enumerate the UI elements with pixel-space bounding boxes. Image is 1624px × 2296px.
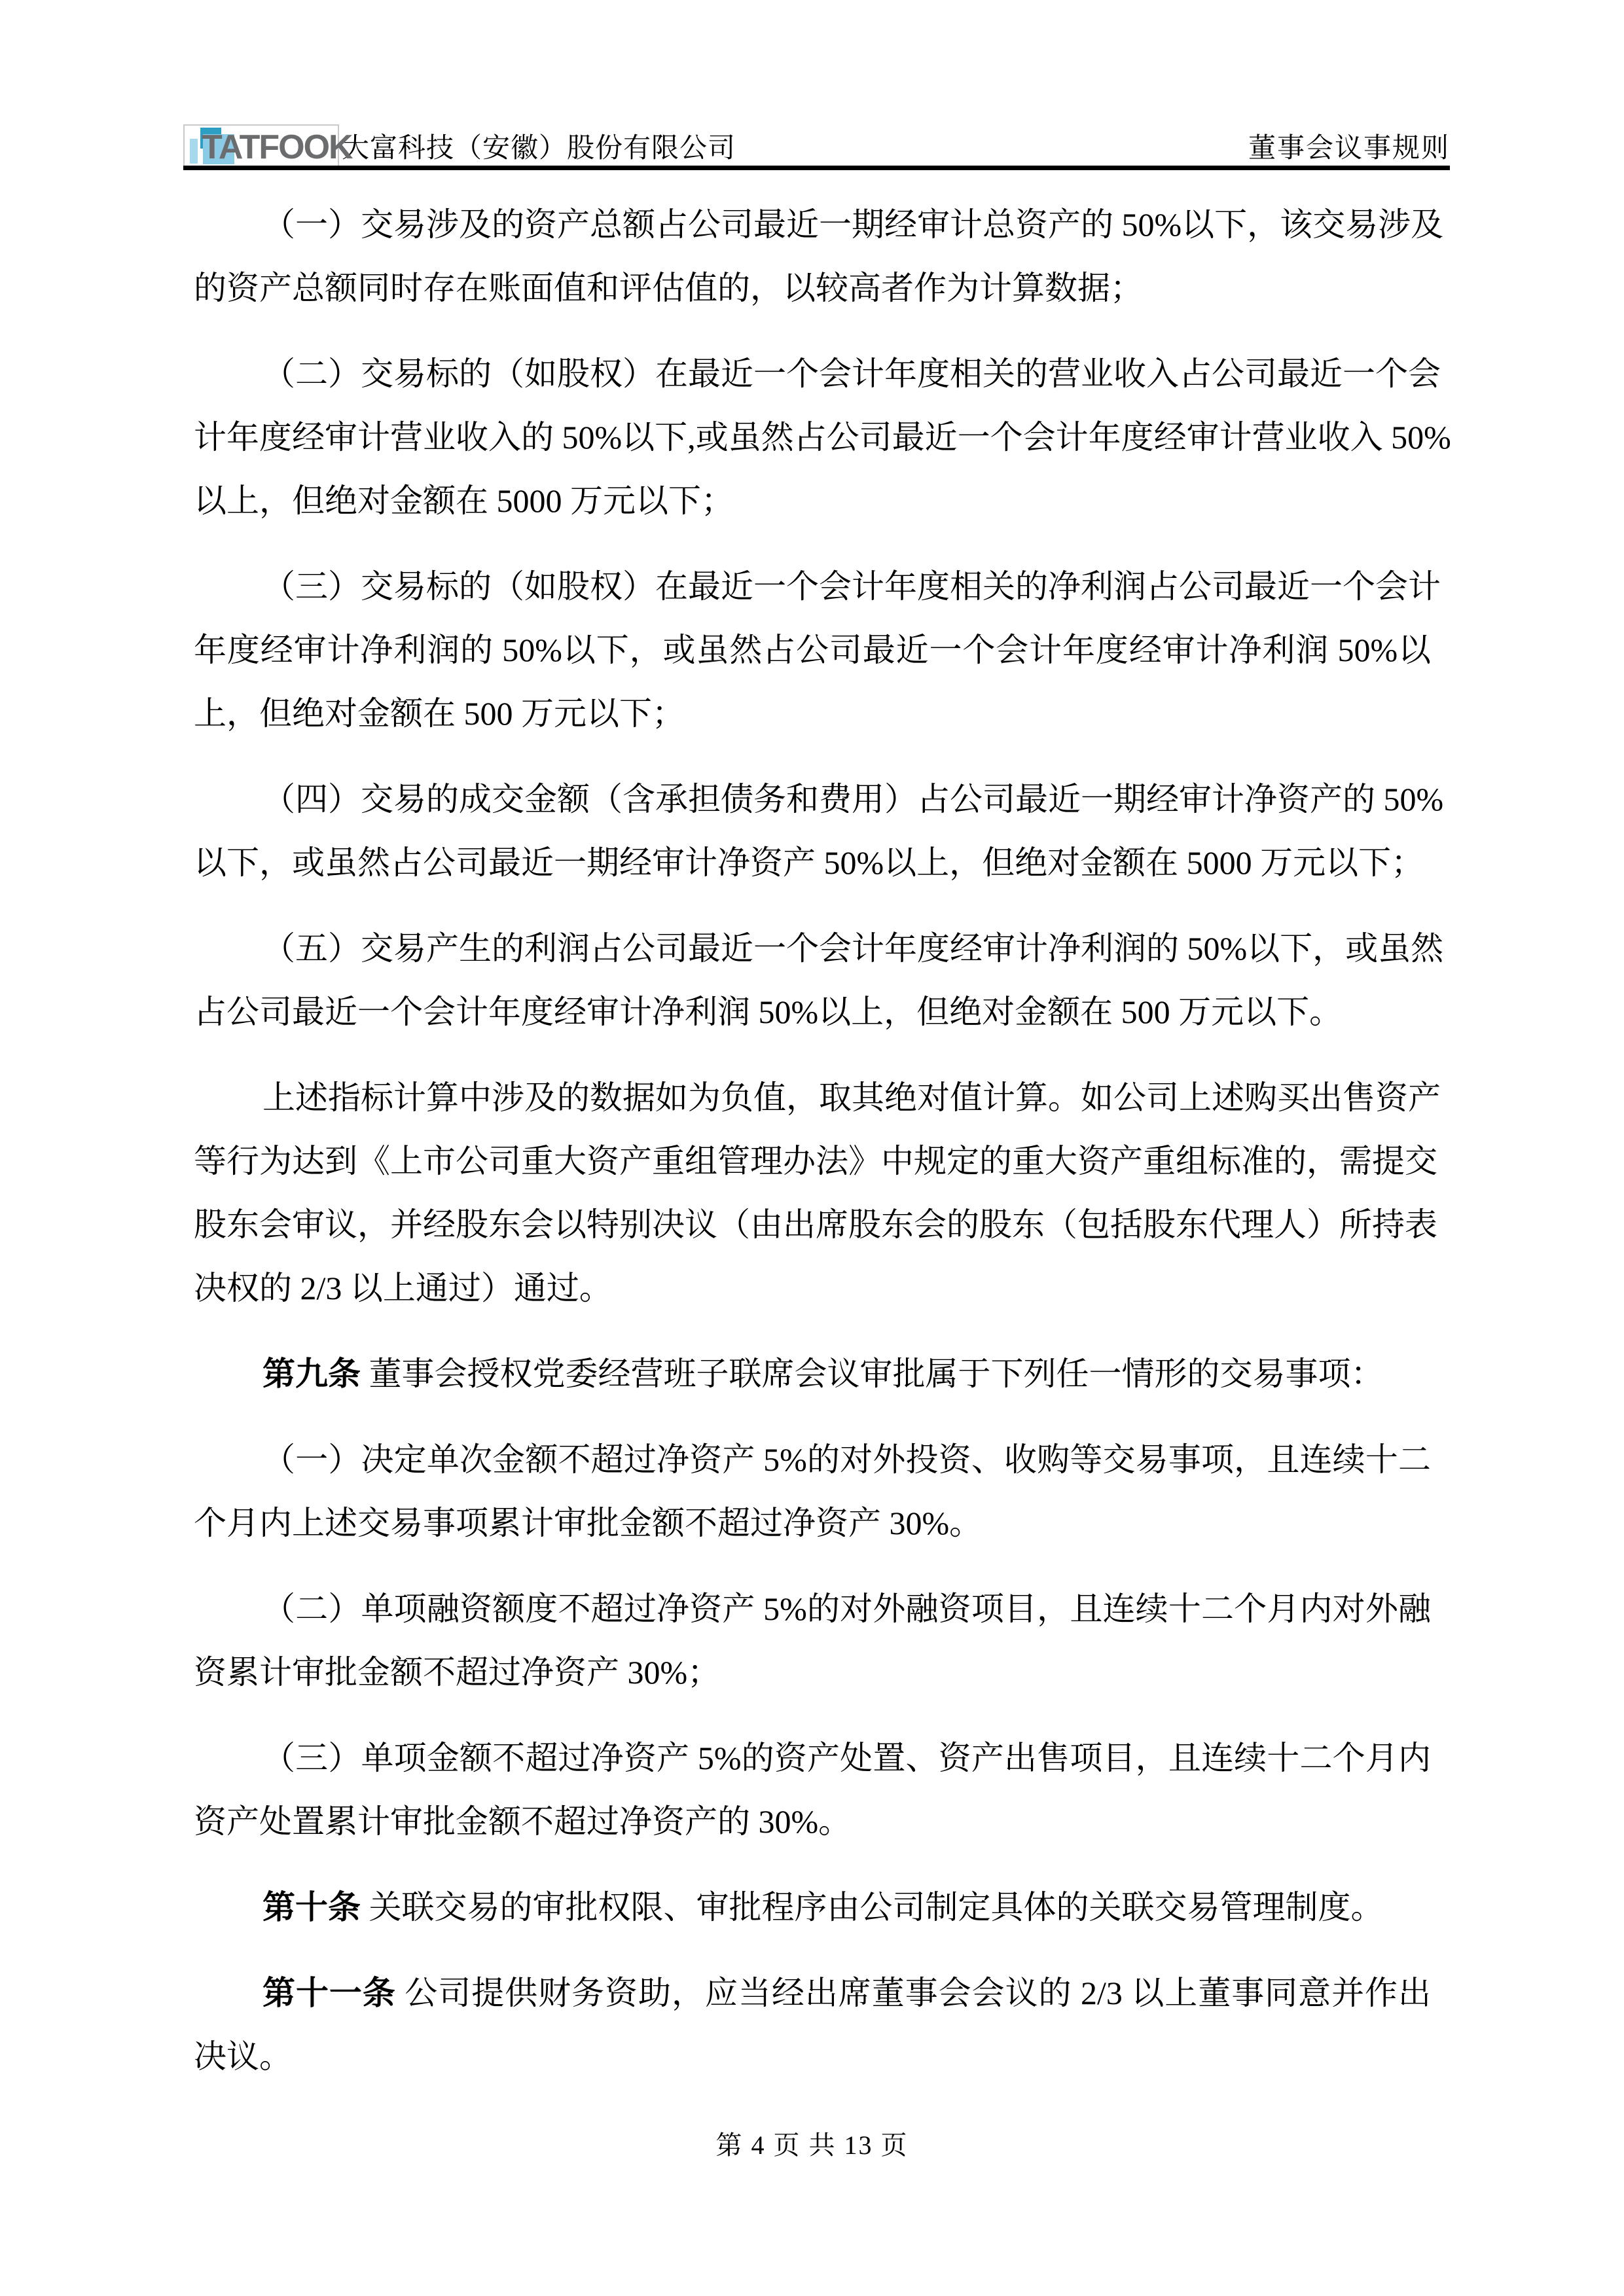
text-line: 个月内上述交易事项累计审批金额不超过净资产 30%。 xyxy=(194,1492,1431,1555)
text-line: 等行为达到《上市公司重大资产重组管理办法》中规定的重大资产重组标准的，需提交 xyxy=(194,1130,1431,1193)
text-line: （三）交易标的（如股权）在最近一个会计年度相关的净利润占公司最近一个会计 xyxy=(194,555,1431,619)
text-line: 计年度经审计营业收入的 50%以下,或虽然占公司最近一个会计年度经审计营业收入 … xyxy=(194,406,1431,469)
page-footer: 第 4 页 共 13 页 xyxy=(0,2121,1624,2170)
tatfook-logo: TATFOOK xyxy=(183,124,339,169)
text-line: （一）决定单次金额不超过净资产 5%的对外投资、收购等交易事项，且连续十二 xyxy=(194,1428,1431,1492)
page-header: TATFOOK 大富科技（安徽）股份有限公司 董事会议事规则 xyxy=(183,110,1450,165)
text-line: （四）交易的成交金额（含承担债务和费用）占公司最近一期经审计净资产的 50% xyxy=(194,768,1431,831)
text-line: 占公司最近一个会计年度经审计净利润 50%以上，但绝对金额在 500 万元以下。 xyxy=(194,980,1431,1044)
paragraph: （二）单项融资额度不超过净资产 5%的对外融资项目，且连续十二个月内对外融资累计… xyxy=(194,1577,1431,1704)
text-line: 第九条 董事会授权党委经营班子联席会议审批属于下列任一情形的交易事项： xyxy=(194,1342,1431,1406)
article-number: 第九条 xyxy=(262,1355,361,1392)
text-line: （五）交易产生的利润占公司最近一个会计年度经审计净利润的 50%以下，或虽然 xyxy=(194,917,1431,980)
logo-wordmark: TATFOOK xyxy=(202,126,352,168)
text-line: 以上，但绝对金额在 5000 万元以下； xyxy=(194,469,1431,533)
document-page: TATFOOK 大富科技（安徽）股份有限公司 董事会议事规则 （一）交易涉及的资… xyxy=(0,0,1624,2296)
text-line: 以下，或虽然占公司最近一期经审计净资产 50%以上，但绝对金额在 5000 万元… xyxy=(194,831,1431,895)
text-line: 上，但绝对金额在 500 万元以下； xyxy=(194,682,1431,745)
paragraph: 第十条 关联交易的审批权限、审批程序由公司制定具体的关联交易管理制度。 xyxy=(194,1876,1431,1939)
paragraph: （二）交易标的（如股权）在最近一个会计年度相关的营业收入占公司最近一个会计年度经… xyxy=(194,342,1431,533)
text-line: 资累计审批金额不超过净资产 30%； xyxy=(194,1641,1431,1704)
text-line: 第十条 关联交易的审批权限、审批程序由公司制定具体的关联交易管理制度。 xyxy=(194,1876,1431,1939)
header-divider xyxy=(183,166,1450,170)
article-number: 第十条 xyxy=(262,1889,361,1926)
text-line: 年度经审计净利润的 50%以下，或虽然占公司最近一个会计年度经审计净利润 50%… xyxy=(194,619,1431,682)
text-line: （三）单项金额不超过净资产 5%的资产处置、资产出售项目，且连续十二个月内 xyxy=(194,1727,1431,1790)
text-line: 决权的 2/3 以上通过）通过。 xyxy=(194,1257,1431,1320)
text-line: （二）交易标的（如股权）在最近一个会计年度相关的营业收入占公司最近一个会 xyxy=(194,342,1431,406)
document-title: 董事会议事规则 xyxy=(1248,135,1450,165)
paragraph: （三）单项金额不超过净资产 5%的资产处置、资产出售项目，且连续十二个月内资产处… xyxy=(194,1727,1431,1854)
text-line: 上述指标计算中涉及的数据如为负值，取其绝对值计算。如公司上述购买出售资产 xyxy=(194,1066,1431,1130)
text-line: 资产处置累计审批金额不超过净资产的 30%。 xyxy=(194,1790,1431,1854)
text-line: （二）单项融资额度不超过净资产 5%的对外融资项目，且连续十二个月内对外融 xyxy=(194,1577,1431,1641)
text-line: 决议。 xyxy=(194,2025,1431,2089)
text-line: 的资产总额同时存在账面值和评估值的，以较高者作为计算数据； xyxy=(194,257,1431,320)
company-name: 大富科技（安徽）股份有限公司 xyxy=(342,135,736,165)
paragraph: 第十一条 公司提供财务资助，应当经出席董事会会议的 2/3 以上董事同意并作出决… xyxy=(194,1962,1431,2089)
text-line: （一）交易涉及的资产总额占公司最近一期经审计总资产的 50%以下，该交易涉及 xyxy=(194,193,1431,257)
paragraph: （一）交易涉及的资产总额占公司最近一期经审计总资产的 50%以下，该交易涉及的资… xyxy=(194,193,1431,320)
article-number: 第十一条 xyxy=(262,1975,396,2011)
paragraph: （五）交易产生的利润占公司最近一个会计年度经审计净利润的 50%以下，或虽然占公… xyxy=(194,917,1431,1044)
document-body: （一）交易涉及的资产总额占公司最近一期经审计总资产的 50%以下，该交易涉及的资… xyxy=(194,193,1431,2111)
paragraph: （三）交易标的（如股权）在最近一个会计年度相关的净利润占公司最近一个会计年度经审… xyxy=(194,555,1431,745)
paragraph: 第九条 董事会授权党委经营班子联席会议审批属于下列任一情形的交易事项： xyxy=(194,1342,1431,1406)
logo-blue-bar-icon xyxy=(190,139,198,164)
page-number: 第 4 页 共 13 页 xyxy=(716,2130,909,2160)
paragraph: （四）交易的成交金额（含承担债务和费用）占公司最近一期经审计净资产的 50%以下… xyxy=(194,768,1431,895)
paragraph: 上述指标计算中涉及的数据如为负值，取其绝对值计算。如公司上述购买出售资产等行为达… xyxy=(194,1066,1431,1320)
paragraph: （一）决定单次金额不超过净资产 5%的对外投资、收购等交易事项，且连续十二个月内… xyxy=(194,1428,1431,1555)
text-line: 股东会审议，并经股东会以特别决议（由出席股东会的股东（包括股东代理人）所持表 xyxy=(194,1193,1431,1257)
text-line: 第十一条 公司提供财务资助，应当经出席董事会会议的 2/3 以上董事同意并作出 xyxy=(194,1962,1431,2025)
